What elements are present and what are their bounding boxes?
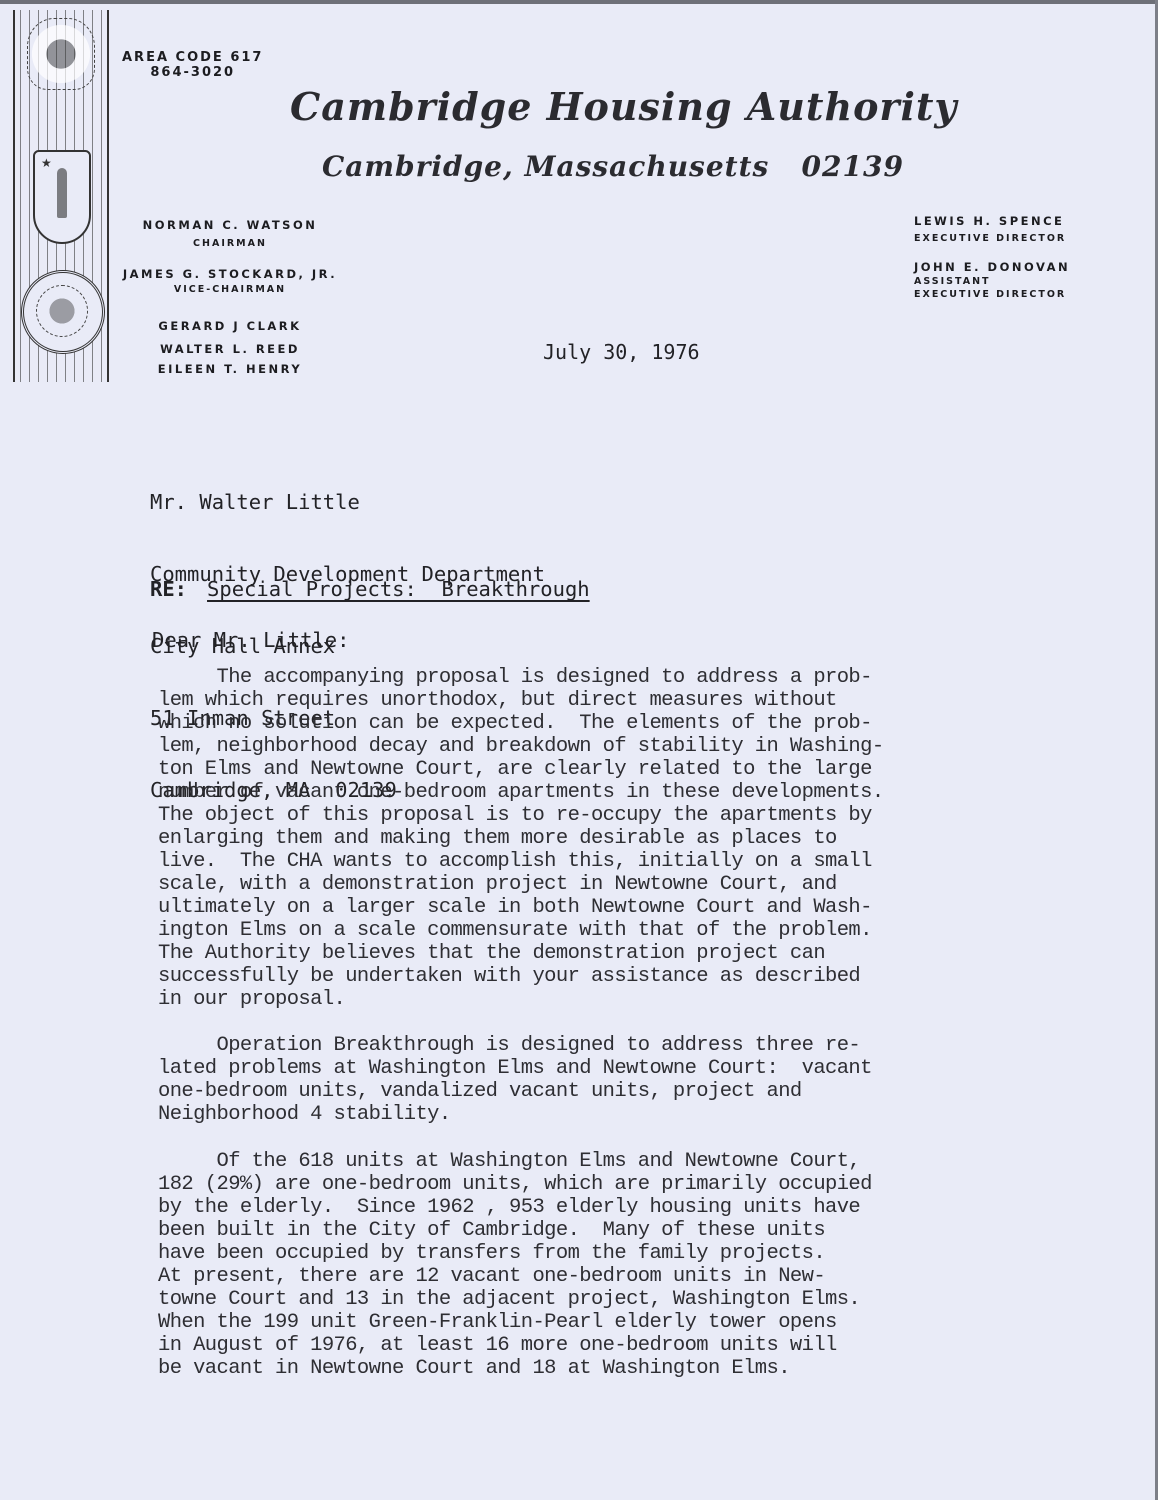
staff-member: JOHN E. DONOVAN ASSISTANT EXECUTIVE DIRE… [914,260,1094,300]
organization-name: Cambridge Housing Authority [290,84,958,129]
paragraph-line: enlarging them and making them more desi… [158,827,1018,850]
organization-location: Cambridge, Massachusetts 02139 [322,150,904,183]
paragraph-line: ultimately on a larger scale in both New… [158,896,1018,919]
paragraph-line: lated problems at Washington Elms and Ne… [158,1057,1018,1080]
member-name: NORMAN C. WATSON [110,218,350,232]
letter-date: July 30, 1976 [543,340,700,364]
member-role: CHAIRMAN [110,238,350,249]
paragraph-line: one-bedroom units, vandalized vacant uni… [158,1080,1018,1103]
board-member: EILEEN T. HENRY [110,362,350,376]
body-paragraph: The accompanying proposal is designed to… [158,666,1018,1011]
re-subject: Special Projects: Breakthrough [207,577,590,601]
member-name: GERARD J CLARK [110,319,350,333]
area-code: AREA CODE 617 [122,50,263,65]
paragraph-line: At present, there are 12 vacant one-bedr… [158,1265,1018,1288]
paragraph-line: have been occupied by transfers from the… [158,1242,1018,1265]
member-name: JAMES G. STOCKARD, JR. [110,267,350,281]
staff-role: ASSISTANT [914,276,1094,287]
member-name: WALTER L. REED [110,342,350,356]
paragraph-line: towne Court and 13 in the adjacent proje… [158,1288,1018,1311]
body-paragraph: Of the 618 units at Washington Elms and … [158,1150,1018,1380]
paragraph-line: Neighborhood 4 stability. [158,1103,1018,1126]
paragraph-line: in August of 1976, at least 16 more one-… [158,1334,1018,1357]
board-member: WALTER L. REED [110,342,350,356]
staff-role: EXECUTIVE DIRECTOR [914,289,1094,300]
paragraph-line: ton Elms and Newtowne Court, are clearly… [158,758,1018,781]
staff-members: LEWIS H. SPENCE EXECUTIVE DIRECTOR JOHN … [914,214,1094,300]
eagle-emblem-icon [27,18,95,90]
paragraph-line: lem, neighborhood decay and breakdown of… [158,735,1018,758]
paragraph-line: scale, with a demonstration project in N… [158,873,1018,896]
scan-top-edge [0,0,1158,4]
staff-name: JOHN E. DONOVAN [914,260,1094,274]
member-role: VICE-CHAIRMAN [110,284,350,295]
address-line: Mr. Walter Little [150,490,545,514]
seal-border-strip [13,10,109,382]
native-figure-icon [57,168,67,218]
massachusetts-shield-icon [33,150,91,244]
paragraph-line: by the elderly. Since 1962 , 953 elderly… [158,1196,1018,1219]
paragraph-line: 182 (29%) are one-bedroom units, which a… [158,1173,1018,1196]
staff-name: LEWIS H. SPENCE [914,214,1094,228]
board-member: NORMAN C. WATSON CHAIRMAN [110,218,350,249]
paragraph-line: The accompanying proposal is designed to… [158,666,1018,689]
staff-member: LEWIS H. SPENCE EXECUTIVE DIRECTOR [914,214,1094,244]
paragraph-line: successfully be undertaken with your ass… [158,965,1018,988]
city-seal-icon [21,270,105,354]
board-members: NORMAN C. WATSON CHAIRMAN JAMES G. STOCK… [110,218,350,376]
paragraph-line: lem which requires unorthodox, but direc… [158,689,1018,712]
paragraph-line: in our proposal. [158,988,1018,1011]
board-member: GERARD J CLARK [110,319,350,333]
salutation: Dear Mr. Little: [152,628,349,652]
paragraph-line: which no solution can be expected. The e… [158,712,1018,735]
subject-line: RE:Special Projects: Breakthrough [150,577,590,601]
paragraph-line: When the 199 unit Green-Franklin-Pearl e… [158,1311,1018,1334]
paragraph-line: Operation Breakthrough is designed to ad… [158,1034,1018,1057]
paragraph-line: live. The CHA wants to accomplish this, … [158,850,1018,873]
phone-number: 864-3020 [122,65,263,80]
paragraph-line: The Authority believes that the demonstr… [158,942,1018,965]
board-member: JAMES G. STOCKARD, JR. VICE-CHAIRMAN [110,267,350,295]
staff-role: EXECUTIVE DIRECTOR [914,233,1094,244]
body-paragraph: Operation Breakthrough is designed to ad… [158,1034,1018,1126]
member-name: EILEEN T. HENRY [110,362,350,376]
area-code-block: AREA CODE 617 864-3020 [122,50,263,80]
paragraph-line: Of the 618 units at Washington Elms and … [158,1150,1018,1173]
paragraph-line: been built in the City of Cambridge. Man… [158,1219,1018,1242]
re-label: RE: [150,577,187,601]
paragraph-line: number of vacant one-bedroom apartments … [158,781,1018,804]
paragraph-line: ington Elms on a scale commensurate with… [158,919,1018,942]
paragraph-line: The object of this proposal is to re-occ… [158,804,1018,827]
paragraph-line: be vacant in Newtowne Court and 18 at Wa… [158,1357,1018,1380]
